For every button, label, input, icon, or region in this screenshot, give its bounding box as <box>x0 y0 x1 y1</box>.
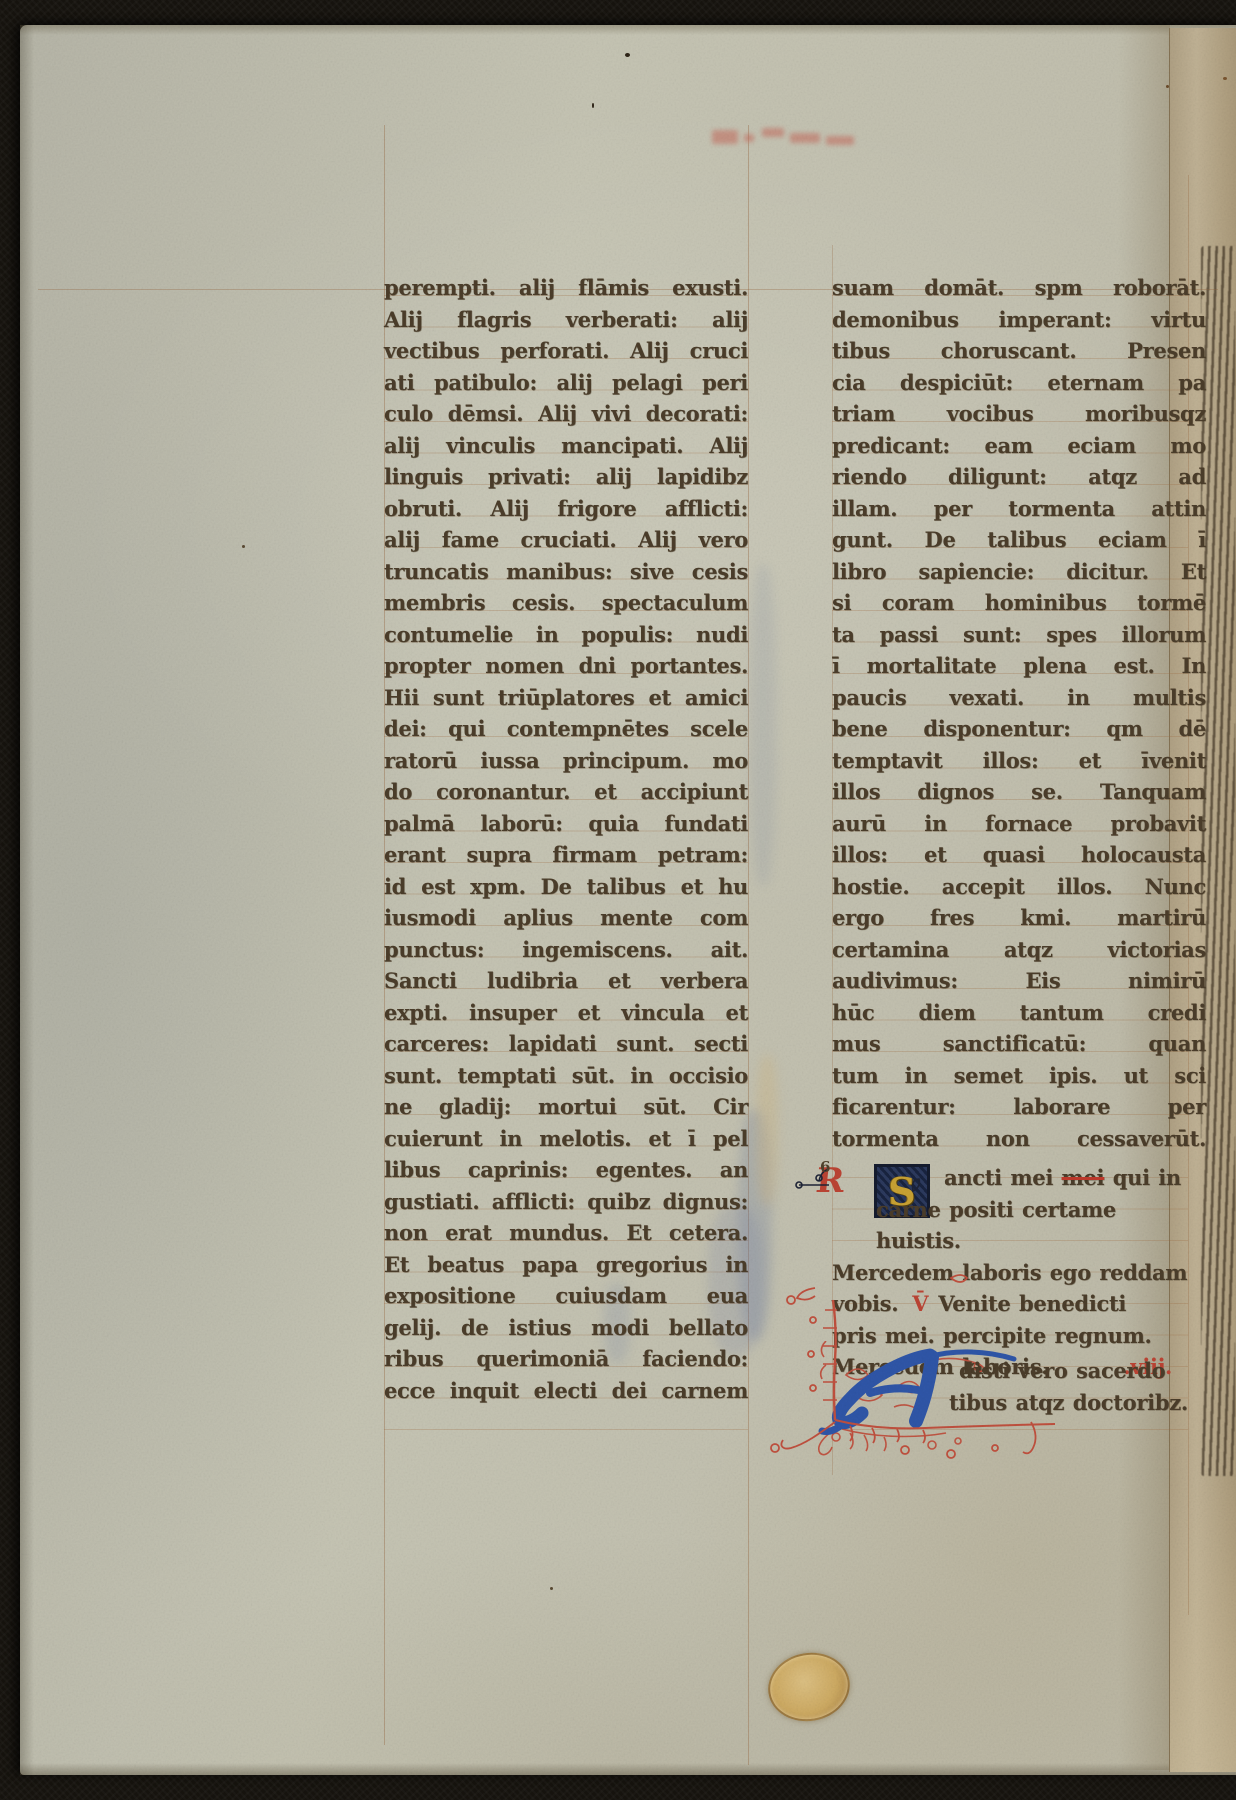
manuscript-page: perempti. alij flāmis exusti. Alij flagr… <box>20 25 1236 1775</box>
parchment-grain-texture <box>20 25 1236 1775</box>
photograph-background: perempti. alij flāmis exusti. Alij flagr… <box>0 0 1236 1800</box>
